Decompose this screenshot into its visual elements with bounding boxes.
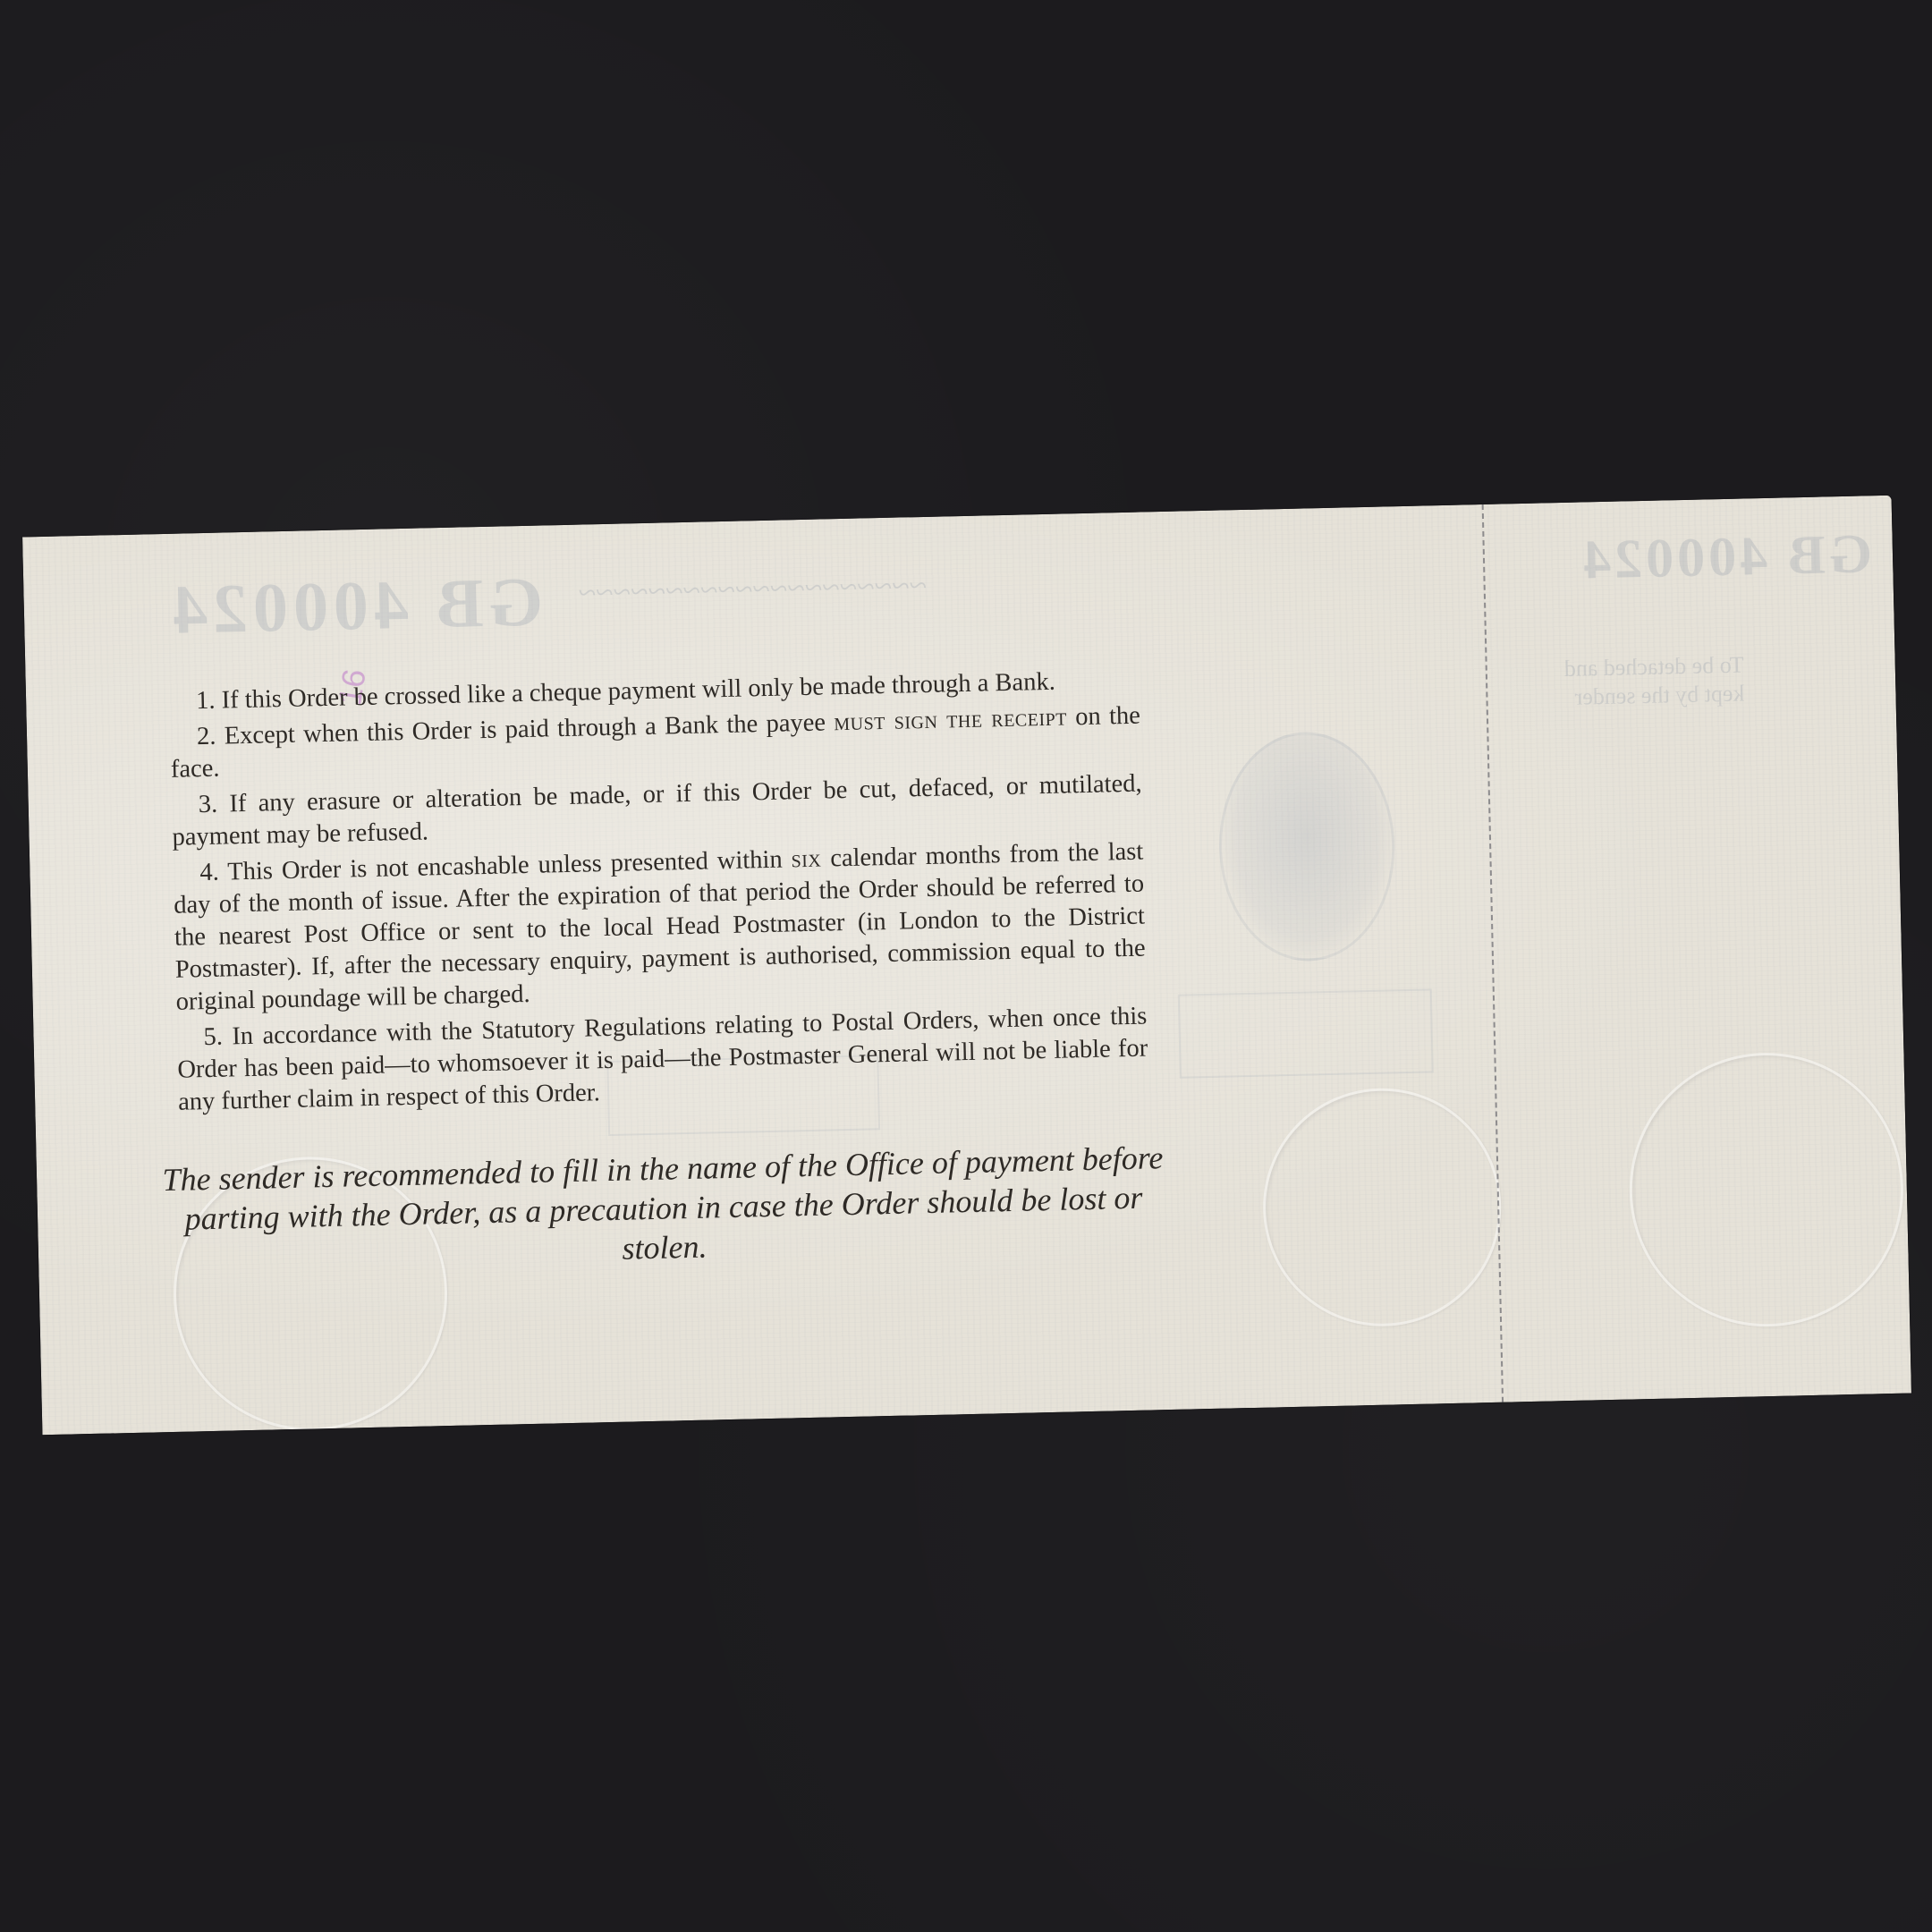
embossed-date-stamp-icon [1260,1086,1504,1329]
show-through-portrait-icon [1216,730,1397,962]
condition-number: 2. [197,722,225,750]
condition-emphasis: SIX [791,845,821,874]
show-through-heading: ~~~~~~~~~~~~~~~~~~~~ [578,566,927,612]
scan-scene: GB 400024 ~~~~~~~~~~~~~~~~~~~~ GB 400024… [0,0,1932,1932]
show-through-box [1178,988,1434,1078]
conditions-list: 1. If this Order be crossed like a chequ… [169,665,1149,1123]
perforation-line [1482,504,1504,1402]
condition-number: 3. [198,790,229,818]
condition-item: 5. In accordance with the Statutory Regu… [176,1001,1148,1119]
condition-text: In accordance with the Statutory Regulat… [177,1003,1148,1116]
condition-number: 4. [199,858,227,886]
sender-advice-note: The sender is recommended to fill in the… [144,1138,1184,1279]
condition-number: 1. [196,687,222,716]
condition-emphasis: MUST SIGN THE RECEIPT [834,703,1067,736]
show-through-serial-main: GB 400024 [166,561,544,649]
show-through-stub-text: To be detached and kept by the sender [1563,651,1744,712]
embossed-date-stamp-icon [1626,1050,1906,1330]
postal-order-reverse: GB 400024 ~~~~~~~~~~~~~~~~~~~~ GB 400024… [22,496,1911,1435]
condition-item: 4. This Order is not encashable unless p… [173,836,1147,1019]
show-through-serial-stub: GB 400024 [1579,522,1873,592]
condition-number: 5. [203,1022,232,1051]
